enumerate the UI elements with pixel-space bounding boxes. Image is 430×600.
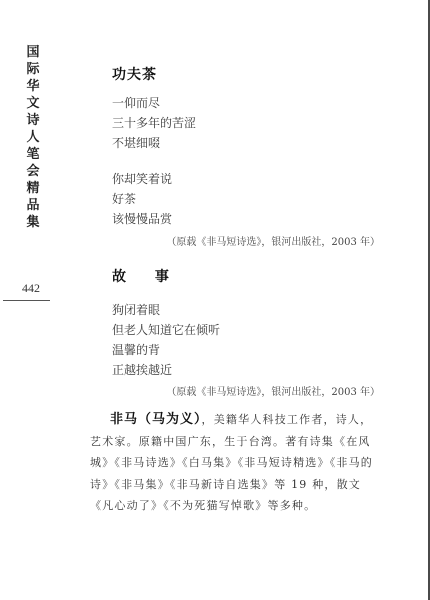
author-name: 非马（马为义）: [110, 412, 202, 427]
title-char: 际: [26, 61, 39, 78]
title-char: 集: [26, 214, 39, 231]
poem-title: 功夫茶: [112, 64, 157, 84]
title-char: 华: [26, 78, 39, 95]
title-char: 会: [26, 163, 39, 180]
poem-line: 一仰而尽: [112, 93, 196, 113]
poem-line: 该慢慢品赏: [112, 209, 196, 229]
poem-line: 三十多年的苦涩: [112, 113, 196, 133]
poem-line: 正越挨越近: [112, 360, 220, 380]
title-char: 品: [26, 197, 39, 214]
poem-source-note: （原载《非马短诗选》，银河出版社，2003 年）: [166, 233, 380, 248]
book-page: 国 际 华 文 诗 人 笔 会 精 品 集 442 功夫茶 一仰而尽 三十多年的…: [0, 0, 430, 600]
author-bio-text: ，美籍华人科技工作者，诗人，艺术家。原籍中国广东，生于台湾。著有诗集《在风城》《…: [90, 413, 373, 512]
poem-title: 故 事: [112, 266, 181, 286]
poem-source-note: （原载《非马短诗选》，银河出版社，2003 年）: [166, 383, 380, 398]
title-char: 人: [26, 129, 39, 146]
page-number-rule: [3, 300, 50, 301]
author-bio: 非马（马为义），美籍华人科技工作者，诗人，艺术家。原籍中国广东，生于台湾。著有诗…: [90, 409, 380, 517]
poem-line: 好茶: [112, 189, 196, 209]
poem-body: 狗闭着眼 但老人知道它在倾听 温馨的背 正越挨越近: [112, 300, 220, 380]
poem-line: 狗闭着眼: [112, 300, 220, 320]
poem-line: 温馨的背: [112, 340, 220, 360]
stanza-break: [112, 153, 196, 169]
title-char: 精: [26, 180, 39, 197]
title-char: 诗: [26, 112, 39, 129]
poem-line: 你却笑着说: [112, 169, 196, 189]
poem-line: 但老人知道它在倾听: [112, 320, 220, 340]
title-char: 文: [26, 95, 39, 112]
title-char: 笔: [26, 146, 39, 163]
book-series-title: 国 际 华 文 诗 人 笔 会 精 品 集: [24, 44, 42, 231]
poem-line: 不堪细啜: [112, 133, 196, 153]
title-char: 国: [26, 44, 39, 61]
poem-body: 一仰而尽 三十多年的苦涩 不堪细啜 你却笑着说 好茶 该慢慢品赏: [112, 93, 196, 229]
page-number: 442: [22, 281, 40, 296]
